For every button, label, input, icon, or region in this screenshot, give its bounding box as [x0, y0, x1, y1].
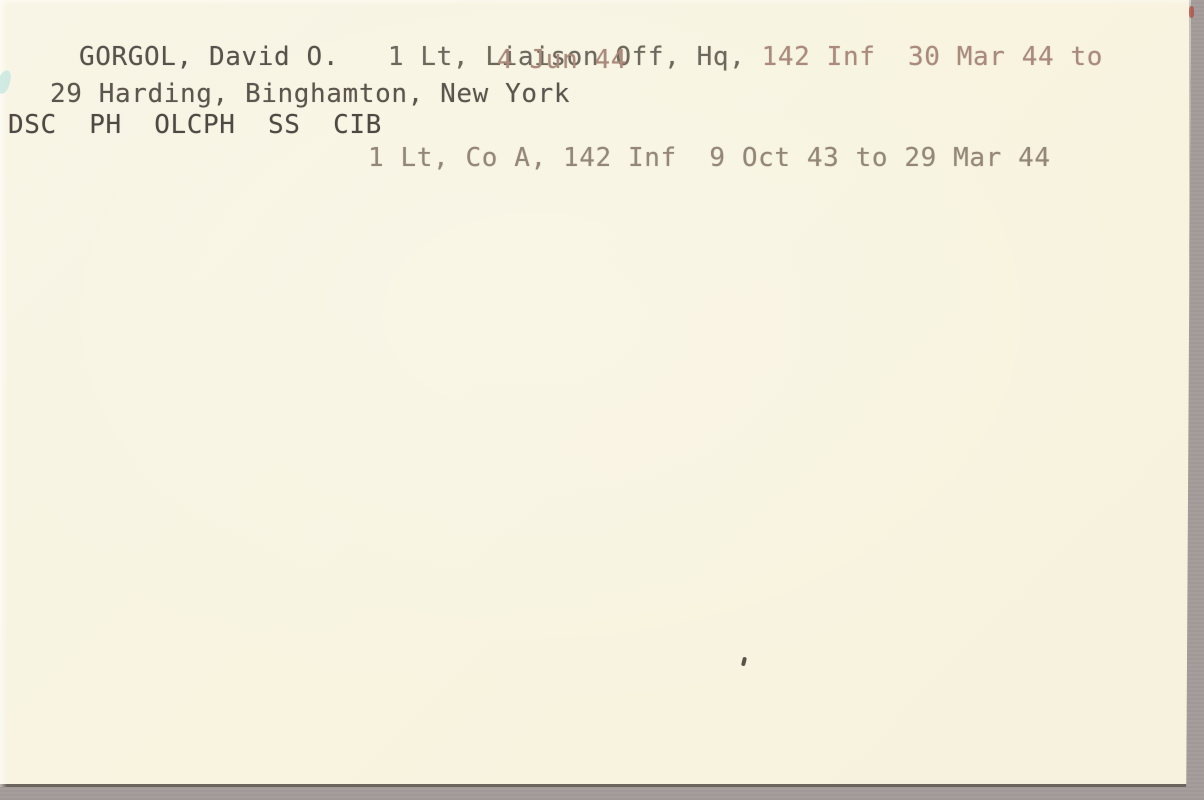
soldier-name: GORGOL, David O.: [79, 42, 339, 72]
prior-service-line: 1 Lt, Co A, 142 Inf 9 Oct 43 to 29 Mar 4…: [368, 143, 1051, 173]
ink-speck: [741, 657, 747, 667]
unit-and-start-date: 142 Inf 30 Mar 44 to: [762, 42, 1103, 72]
home-address: 29 Harding, Binghamton, New York: [50, 79, 570, 109]
service-end-date: 4 Jun 44: [497, 45, 627, 75]
red-edge-mark: [1189, 6, 1194, 18]
decorations-list: DSC PH OLCPH SS CIB: [8, 110, 382, 140]
cyan-smudge-mark: [0, 69, 12, 95]
index-card: GORGOL, David O. 1 Lt, Liaison Off, Hq, …: [0, 0, 1191, 787]
